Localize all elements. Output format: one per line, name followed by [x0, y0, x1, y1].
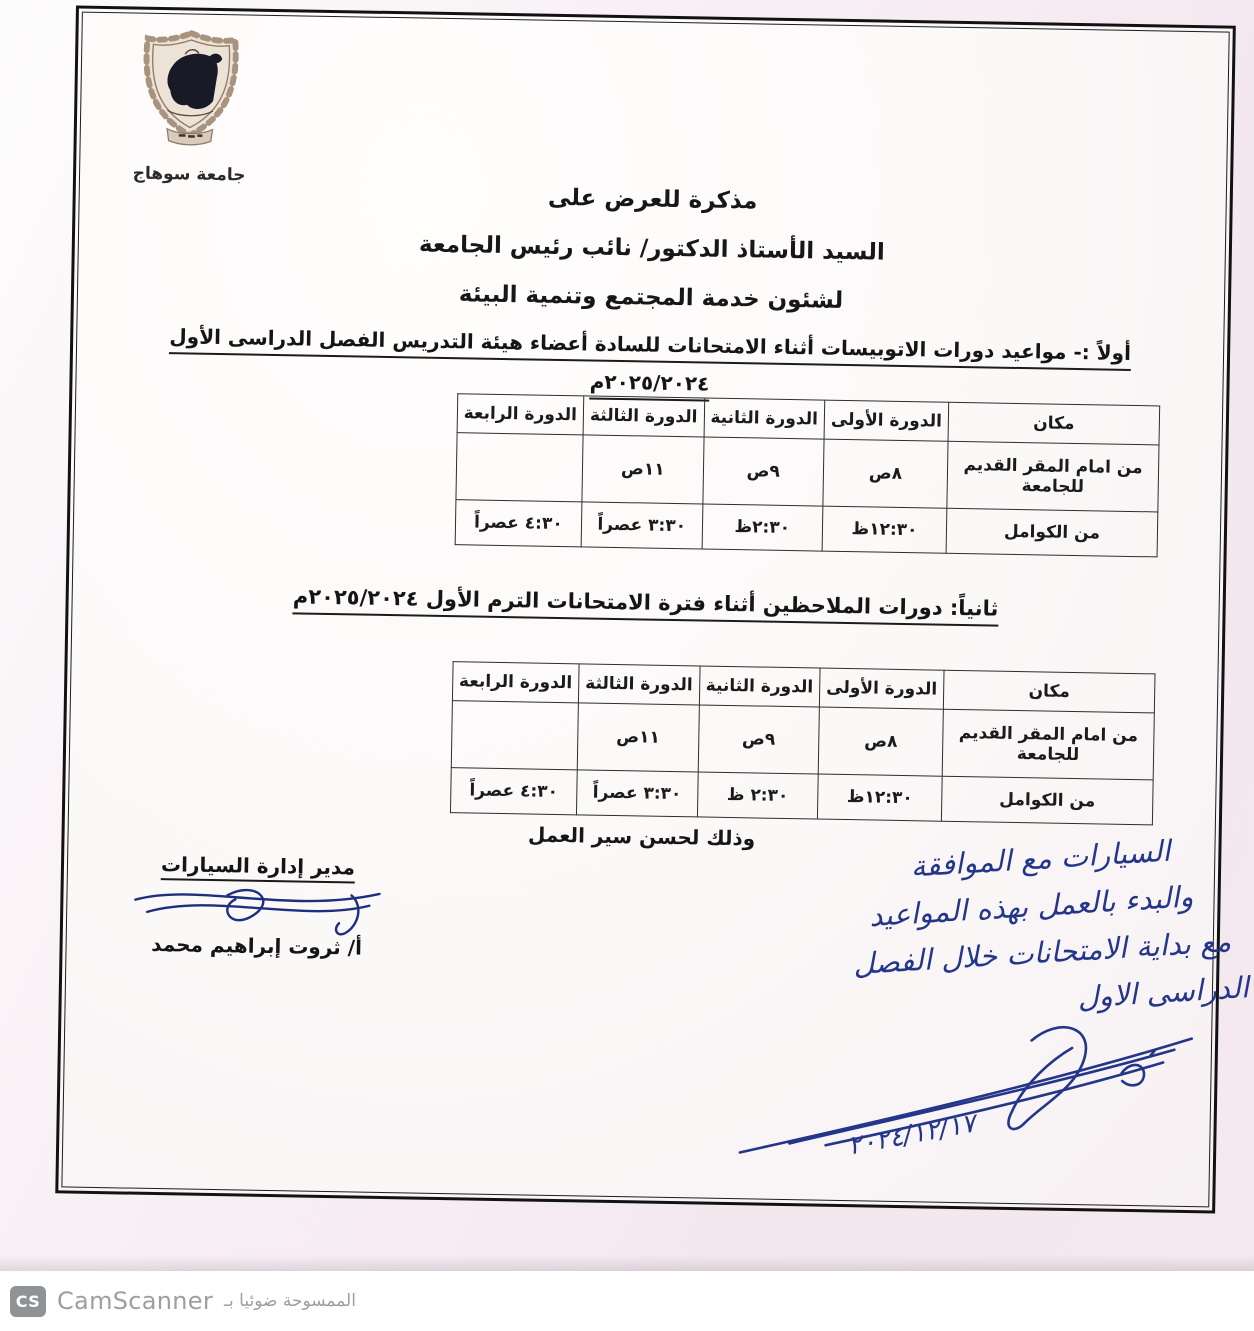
vp-signature-scribble [721, 1004, 1249, 1185]
camscanner-brand: CamScanner [57, 1287, 213, 1315]
table-cell: ٤:٣٠ عصراً [450, 768, 577, 815]
bus-schedule-table: مكانالدورة الأولىالدورة الثانيةالدورة ال… [454, 393, 1160, 557]
column-header: مكان [943, 670, 1155, 713]
column-header: الدورة الثانية [704, 398, 825, 439]
director-name: أ/ ثروت إبراهيم محمد [106, 931, 406, 960]
table-cell: ٣:٣٠ عصراً [581, 502, 702, 549]
table-cell: من امام المقر القديم للجامعة [942, 709, 1154, 780]
memo-title-line: السيد الأستاذ الدكتور/ نائب رئيس الجامعة [75, 225, 1229, 271]
column-header: مكان [948, 402, 1160, 445]
director-signature-block: مدير إدارة السيارات أ/ ثروت إبراهيم محمد [106, 851, 408, 960]
column-header: الدورة الثالثة [578, 664, 699, 705]
column-header: الدورة الثالثة [583, 396, 704, 437]
column-header: الدورة الرابعة [452, 662, 579, 703]
column-header: الدورة الأولى [819, 668, 944, 709]
table-cell: ١١ص [577, 703, 699, 772]
section2-heading: ثانياً: دورات الملاحظين أثناء فترة الامت… [69, 580, 1223, 624]
table-row: من امام المقر القديم للجامعة٨ص٩ص١١ص [451, 701, 1154, 780]
table-cell: ١١ص [582, 435, 704, 504]
table-cell: ١٢:٣٠ظ [822, 506, 947, 553]
scanned-memo-page: جامعة سوهاج مذكرة للعرض على السيد الأستا… [0, 0, 1254, 1331]
table-cell: ٩ص [702, 437, 824, 506]
table-cell [456, 433, 583, 502]
invigilators-schedule-table: مكانالدورة الأولىالدورة الثانيةالدورة ال… [450, 661, 1156, 825]
table-cell: ١٢:٣٠ظ [817, 774, 942, 821]
table-cell: ٩ص [698, 705, 820, 774]
camscanner-footer: CS CamScanner الممسوحة ضوئيا بـ [0, 1271, 1254, 1331]
memo-title-line: مذكرة للعرض على [76, 177, 1230, 223]
table-cell: من امام المقر القديم للجامعة [947, 441, 1159, 512]
director-signature-scribble [127, 874, 388, 941]
table-cell: ٨ص [823, 439, 948, 508]
shield-icon [125, 25, 255, 155]
document-sheet: جامعة سوهاج مذكرة للعرض على السيد الأستا… [55, 5, 1236, 1213]
table-cell: ٤:٣٠ عصراً [455, 500, 582, 547]
column-header: الدورة الأولى [824, 400, 949, 441]
camscanner-icon: CS [10, 1286, 46, 1317]
memo-titles: مذكرة للعرض على السيد الأستاذ الدكتور/ ن… [73, 177, 1229, 344]
column-header: الدورة الرابعة [457, 394, 584, 435]
camscanner-caption: الممسوحة ضوئيا بـ [224, 1291, 356, 1311]
table-cell: ٢:٣٠ ظ [697, 772, 818, 819]
table-cell: ٢:٣٠ظ [702, 504, 823, 551]
table-cell: من الكوامل [946, 508, 1158, 557]
memo-title-line: لشئون خدمة المجتمع وتنمية البيئة [74, 274, 1228, 320]
table-cell [451, 701, 578, 770]
table-cell: ٣:٣٠ عصراً [576, 770, 697, 817]
vp-signature-area: ٢٠٢٤/١٢/١٧ [721, 1004, 1249, 1185]
table-cell: من الكوامل [941, 776, 1153, 825]
table-cell: ٨ص [818, 707, 943, 776]
university-logo: جامعة سوهاج [114, 25, 267, 186]
handwritten-note: السيارات مع الموافقةوالبدء بالعمل بهذه ا… [550, 828, 1189, 1195]
column-header: الدورة الثانية [699, 666, 820, 707]
table-row: من امام المقر القديم للجامعة٨ص٩ص١١ص [456, 433, 1159, 512]
